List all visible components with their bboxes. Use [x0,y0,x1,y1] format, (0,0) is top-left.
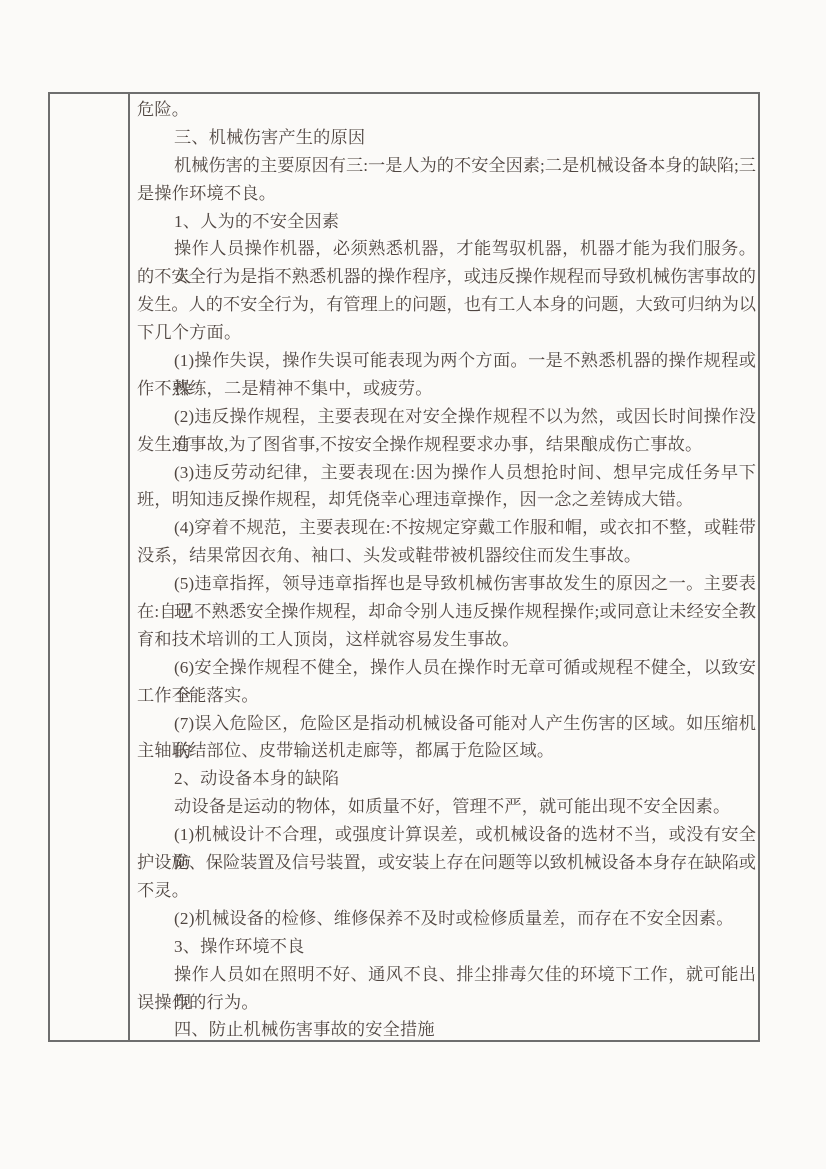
text-line: (6)安全操作规程不健全，操作人员在操作时无章可循或规程不健全，以致安全 [137,654,756,682]
training-record-table: 危险。三、机械伤害产生的原因机械伤害的主要原因有三:一是人为的不安全因素;二是机… [48,92,760,1042]
text-line: 主轴联结部位、皮带输送机走廊等，都属于危险区域。 [137,737,756,765]
text-line: (2)机械设备的检修、维修保养不及时或检修质量差，而存在不安全因素。 [137,905,756,933]
text-line: (1)操作失误，操作失误可能表现为两个方面。一是不熟悉机器的操作规程或操 [137,347,756,375]
text-line: 三、机械伤害产生的原因 [137,124,756,152]
table-label-cell [50,94,130,1040]
text-line: 作不熟练，二是精神不集中，或疲劳。 [137,375,756,403]
text-line: 护设施、保险装置及信号装置，或安装上存在问题等以致机械设备本身存在缺陷或 [137,849,756,877]
text-line: 3、操作环境不良 [137,933,756,961]
text-line: 动设备是运动的物体，如质量不好，管理不严，就可能出现不安全因素。 [137,793,756,821]
text-line: 的不安全行为是指不熟悉机器的操作程序，或违反操作规程而导致机械伤害事故的 [137,263,756,291]
text-line: 机械伤害的主要原因有三:一是人为的不安全因素;二是机械设备本身的缺陷;三 [137,152,756,180]
text-line: 没系，结果常因衣角、袖口、头发或鞋带被机器绞住而发生事故。 [137,542,756,570]
document-page: 危险。三、机械伤害产生的原因机械伤害的主要原因有三:一是人为的不安全因素;二是机… [0,0,826,1169]
text-line: (3)违反劳动纪律，主要表现在:因为操作人员想抢时间、想早完成任务早下 [137,459,756,487]
text-line: 操作人员操作机器，必须熟悉机器，才能驾驭机器，机器才能为我们服务。人 [137,235,756,263]
text-line: 育和技术培训的工人顶岗，这样就容易发生事故。 [137,626,756,654]
text-line: 误操作的行为。 [137,989,756,1017]
text-line: 下几个方面。 [137,319,756,347]
text-line: (7)误入危险区，危险区是指动机械设备可能对人产生伤害的区域。如压缩机的 [137,710,756,738]
text-line: 是操作环境不良。 [137,180,756,208]
text-line: 班，明知违反操作规程，却凭侥幸心理违章操作，因一念之差铸成大错。 [137,486,756,514]
text-line: 在:自己不熟悉安全操作规程，却命令别人违反操作规程操作;或同意让未经安全教 [137,598,756,626]
text-line: 危险。 [137,96,756,124]
table-content-cell: 危险。三、机械伤害产生的原因机械伤害的主要原因有三:一是人为的不安全因素;二是机… [130,94,758,1040]
text-line: 工作不能落实。 [137,682,756,710]
text-line: (5)违章指挥，领导违章指挥也是导致机械伤害事故发生的原因之一。主要表现 [137,570,756,598]
text-line: 发生。人的不安全行为，有管理上的问题，也有工人本身的问题，大致可归纳为以 [137,291,756,319]
text-line: 不灵。 [137,877,756,905]
text-line: (1)机械设计不合理，或强度计算误差，或机械设备的选材不当，或没有安全防 [137,821,756,849]
text-line: (4)穿着不规范，主要表现在:不按规定穿戴工作服和帽，或衣扣不整，或鞋带 [137,514,756,542]
text-line: 操作人员如在照明不好、通风不良、排尘排毒欠佳的环境下工作，就可能出现 [137,961,756,989]
text-line: 2、动设备本身的缺陷 [137,765,756,793]
text-line: 1、人为的不安全因素 [137,208,756,236]
text-line: 发生过事故,为了图省事,不按安全操作规程要求办事，结果酿成伤亡事故。 [137,431,756,459]
text-line: (2)违反操作规程，主要表现在对安全操作规程不以为然，或因长时间操作没有 [137,403,756,431]
text-line: 四、防止机械伤害事故的安全措施 [137,1016,756,1040]
